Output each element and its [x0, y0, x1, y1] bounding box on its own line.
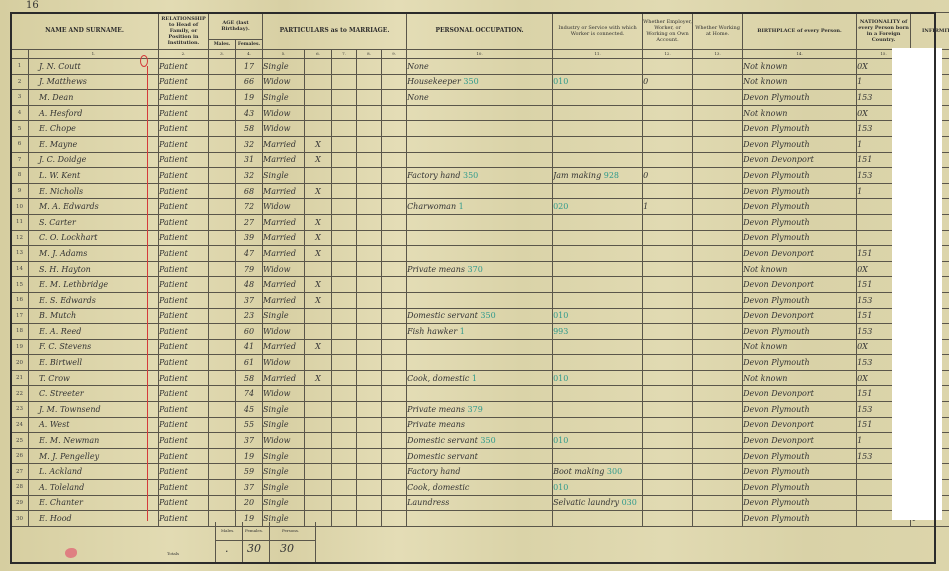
- page-number: 16: [26, 0, 39, 11]
- census-page: 16 NAME AND SURNAME. RELATIONSHIP to Hea…: [0, 0, 949, 571]
- sheet-border: [10, 12, 936, 564]
